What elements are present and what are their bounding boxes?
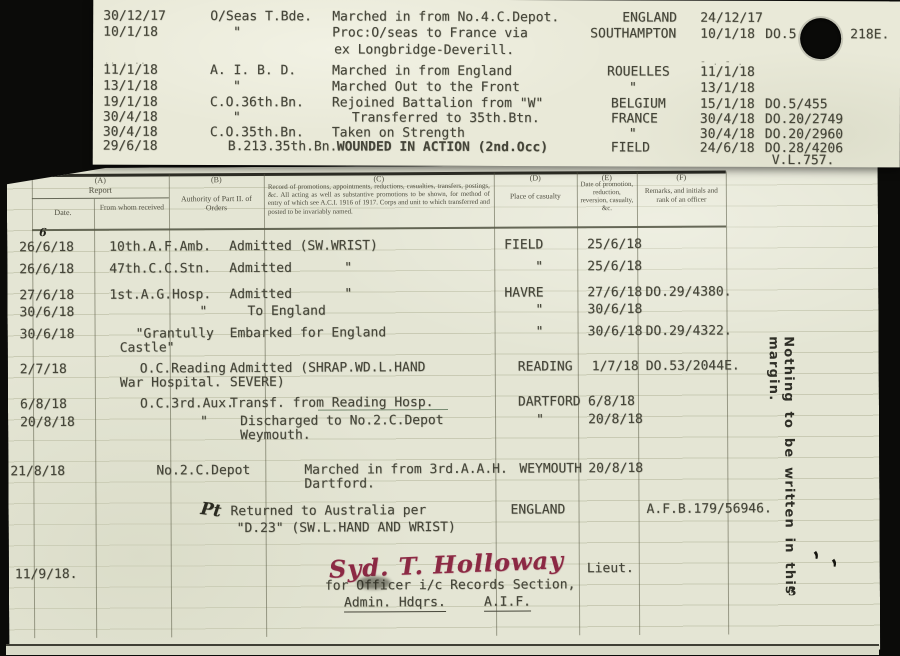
event-date: 30/4/18 bbox=[700, 127, 755, 142]
col-f-title: Remarks, and initials and rank of an off… bbox=[640, 187, 723, 204]
overlapping-record-slip: 30/12/17 O/Seas T.Bde. Marched in from N… bbox=[93, 0, 900, 167]
table-row: 2/7/18 O.C.Reading War Hospital. Admitte… bbox=[8, 358, 879, 363]
place-of-casualty: READING bbox=[518, 359, 573, 374]
record-entry: Admitted bbox=[229, 287, 292, 302]
event-date: 25/6/18 bbox=[587, 259, 642, 274]
event-date: 24/6/18 bbox=[700, 141, 755, 156]
event-date: 27/6/18 bbox=[587, 285, 642, 300]
report-date: 20/8/18 bbox=[20, 415, 75, 430]
from-whom: 47th.C.C.Stn. bbox=[109, 261, 211, 277]
col-f-label: (F) bbox=[637, 173, 726, 182]
event-date: 24/12/17 bbox=[700, 11, 763, 26]
report-date: 26/6/18 bbox=[19, 240, 74, 255]
record-entry-cont: ex Longbridge-Deverill. bbox=[334, 42, 514, 58]
remarks: DO.29/4380. bbox=[645, 284, 731, 299]
record-entry: Discharged to No.2.C.Depot bbox=[240, 413, 444, 429]
table-row: 26/6/18 47th.C.C.Stn. Admitted " " 25/6/… bbox=[7, 258, 878, 263]
report-subheader-line bbox=[32, 197, 169, 199]
from-whom: O.C.3rd.Aux. bbox=[140, 396, 234, 411]
event-date: 11/1/18 bbox=[700, 65, 755, 80]
event-date: 1/7/18 bbox=[592, 359, 639, 374]
record-entry: Marched Out to the Front bbox=[332, 79, 520, 95]
from-whom-ditto: " bbox=[233, 79, 241, 94]
from-whom: C.O.36th.Bn. bbox=[210, 95, 304, 110]
place: FRANCE bbox=[611, 111, 658, 126]
remarks: DO.29/4322. bbox=[646, 323, 732, 338]
from-whom: 1st.A.G.Hosp. bbox=[109, 287, 211, 303]
col-a-date-label: Date. bbox=[32, 208, 94, 217]
report-date: 11/1/18 bbox=[103, 63, 158, 78]
record-entry: To England bbox=[247, 304, 325, 319]
slip-row: 11/1/18 A. I. B. D. Marched in from Engl… bbox=[93, 63, 900, 66]
from-whom: No.2.C.Depot bbox=[156, 463, 250, 478]
report-date: 10/1/18 bbox=[103, 25, 158, 40]
green-ink-underline bbox=[318, 409, 448, 411]
col-a-title: Report bbox=[32, 184, 169, 195]
from-whom-ditto: " bbox=[233, 25, 241, 40]
slip-row: ex Longbridge-Deverill. bbox=[93, 42, 900, 45]
event-date: 30/4/18 bbox=[700, 112, 755, 127]
scanned-service-record: (A) Report Date. From whom received (B) … bbox=[0, 0, 900, 656]
place-of-casualty: " bbox=[536, 324, 544, 339]
record-entry-line2: SEVERE) bbox=[230, 375, 285, 390]
record-entry: Admitted (SW.WRIST) bbox=[229, 238, 378, 254]
place-of-casualty: " bbox=[536, 412, 544, 427]
table-right-line bbox=[726, 172, 729, 635]
place-of-casualty: " bbox=[535, 302, 543, 317]
slip-row: 19/1/18 C.O.36th.Bn. Rejoined Battalion … bbox=[93, 95, 900, 98]
handwritten-correction: 6 bbox=[39, 226, 47, 239]
signoff-unit-hq: Admin. Hdqrs. bbox=[344, 595, 446, 613]
from-whom: A. I. B. D. bbox=[210, 63, 296, 78]
report-date: 29/6/18 bbox=[103, 139, 158, 154]
place-of-casualty: " bbox=[535, 259, 543, 274]
place-of-casualty: FIELD bbox=[504, 237, 543, 252]
from-whom-ditto: " bbox=[233, 110, 241, 125]
from-whom-line2: War Hospital. bbox=[120, 375, 222, 391]
record-ditto: " bbox=[344, 286, 352, 301]
report-date: 13/1/18 bbox=[103, 79, 158, 94]
place-of-casualty: HAVRE bbox=[504, 285, 543, 300]
place: FIELD bbox=[611, 140, 650, 155]
record-entry: Rejoined Battalion from "W" bbox=[332, 95, 543, 111]
punch-hole bbox=[800, 18, 841, 59]
report-date: 21/8/18 bbox=[10, 464, 65, 479]
record-entry: Admitted (SHRAP.WD.L.HAND bbox=[230, 360, 426, 376]
record-entry: Returned to Australia per bbox=[230, 503, 426, 519]
col-a-from-label: From whom received bbox=[95, 203, 169, 212]
event-date: 20/8/18 bbox=[588, 461, 643, 476]
from-whom-line2: Castle" bbox=[120, 340, 175, 355]
report-date: 30/4/18 bbox=[103, 125, 158, 140]
record-entry: Admitted bbox=[229, 261, 292, 276]
col-e-title: Date of promotion, reduction, reversion,… bbox=[579, 181, 635, 213]
col-d-label: (D) bbox=[494, 173, 577, 182]
casualty-form-sheet: (A) Report Date. From whom received (B) … bbox=[7, 164, 881, 655]
record-entry: Transferred to 35th.Btn. bbox=[352, 110, 540, 126]
col-c-title: Record of promotions, appointments, redu… bbox=[268, 183, 490, 217]
report-date: 30/4/18 bbox=[103, 110, 158, 125]
place-ditto: " bbox=[629, 126, 637, 141]
event-date: 30/6/18 bbox=[587, 302, 642, 317]
signoff-force: A.I.F. bbox=[484, 595, 531, 610]
event-date: 15/1/18 bbox=[700, 97, 755, 112]
place-ditto: " bbox=[629, 80, 637, 95]
place-of-casualty: ENGLAND bbox=[510, 502, 565, 517]
record-entry-line2: Weymouth. bbox=[240, 428, 311, 443]
record-entry-line2: "D.23" (SW.L.HAND AND WRIST) bbox=[237, 520, 456, 536]
from-whom: B.213.35th.Bn. bbox=[228, 139, 338, 154]
from-whom: "Grantully bbox=[136, 326, 214, 341]
event-date: 13/1/18 bbox=[700, 81, 755, 96]
col-line-date bbox=[94, 199, 97, 638]
event-date: 30/6/18 bbox=[588, 324, 643, 339]
table-row: 26/6/18 10th.A.F.Amb. Admitted (SW.WRIST… bbox=[7, 236, 878, 241]
signoff-unit: Admin. Hdqrs. bbox=[344, 595, 446, 611]
ink-mark-three: 3 bbox=[788, 584, 796, 598]
remarks: DO.53/2044E. bbox=[646, 358, 740, 373]
remarks: DO.5/455 bbox=[765, 97, 828, 112]
event-date: 6/8/18 bbox=[588, 394, 635, 409]
next-page-edge bbox=[6, 644, 879, 655]
place: ENGLAND bbox=[622, 10, 677, 25]
record-entry: WOUNDED IN ACTION (2nd.Occ) bbox=[337, 139, 548, 155]
col-b-label: (B) bbox=[169, 175, 264, 184]
report-date: 19/1/18 bbox=[103, 95, 158, 110]
record-entry: Proc:O/seas to France via bbox=[332, 25, 528, 41]
remarks-suffix: 218E. bbox=[850, 27, 889, 42]
signoff-date: 11/9/18. bbox=[15, 567, 78, 582]
table-row: 30/6/18 "Grantully Castle" Embarked for … bbox=[8, 323, 879, 328]
record-entry: Marched in from No.4.C.Depot. bbox=[332, 9, 559, 25]
handwritten-pt-mark: Pt bbox=[199, 499, 222, 522]
record-entry-line2: Dartford. bbox=[304, 476, 375, 491]
from-whom: 10th.A.F.Amb. bbox=[109, 239, 211, 255]
remarks: V.L.757. bbox=[772, 153, 835, 168]
place-of-casualty: DARTFORD bbox=[518, 394, 581, 409]
report-date: 27/6/18 bbox=[19, 288, 74, 303]
report-date: 26/6/18 bbox=[19, 262, 74, 277]
remarks: A.F.B.179/56946. bbox=[646, 501, 771, 517]
slip-row: 10/1/18 " Proc:O/seas to France via SOUT… bbox=[93, 25, 900, 28]
col-d-title: Place of casualty bbox=[499, 192, 572, 201]
report-date: 2/7/18 bbox=[20, 362, 67, 377]
record-ditto: " bbox=[344, 260, 352, 275]
remarks: DO.5 bbox=[765, 27, 796, 42]
from-whom: O/Seas T.Bde. bbox=[210, 9, 312, 24]
place: BELGIUM bbox=[611, 96, 666, 111]
record-entry: Embarked for England bbox=[230, 325, 387, 341]
place: ROUELLES bbox=[607, 64, 670, 79]
remarks: DO.20/2960 bbox=[765, 127, 843, 142]
from-whom-ditto: " bbox=[200, 414, 208, 429]
place: SOUTHAMPTON bbox=[590, 26, 676, 41]
record-entry: Marched in from England bbox=[332, 63, 512, 79]
table-row: 27/6/18 1st.A.G.Hosp. Admitted " HAVRE 2… bbox=[7, 284, 878, 289]
report-date: 30/6/18 bbox=[20, 327, 75, 342]
col-b-title: Authority of Part II. of Orders bbox=[174, 194, 259, 212]
place-of-casualty: WEYMOUTH bbox=[519, 461, 582, 476]
event-date: 10/1/18 bbox=[700, 27, 755, 42]
report-date: 30/12/17 bbox=[103, 9, 166, 24]
header-bottom-line bbox=[32, 226, 726, 232]
remarks: DO.20/2749 bbox=[765, 112, 843, 127]
table-row: Pt Returned to Australia per "D.23" (SW.… bbox=[8, 501, 879, 506]
slip-row: 13/1/18 " Marched Out to the Front " 13/… bbox=[93, 79, 900, 82]
signoff-unit-aif: A.I.F. bbox=[484, 595, 531, 612]
record-entry: Marched in from 3rd.A.A.H. bbox=[304, 462, 508, 478]
event-date: 25/6/18 bbox=[587, 237, 642, 252]
event-date: 20/8/18 bbox=[588, 412, 643, 427]
from-whom-ditto: " bbox=[199, 304, 207, 319]
table-row: 6/8/18 O.C.3rd.Aux. Transf. from Reading… bbox=[8, 393, 879, 398]
table-row: 21/8/18 No.2.C.Depot Marched in from 3rd… bbox=[8, 460, 879, 465]
report-date: 30/6/18 bbox=[19, 305, 74, 320]
report-date: 6/8/18 bbox=[20, 397, 67, 412]
signoff-rank: Lieut. bbox=[587, 561, 634, 576]
table-row: 20/8/18 " Discharged to No.2.C.Depot Wey… bbox=[8, 411, 879, 416]
margin-instruction: Nothing to be written in this margin. bbox=[766, 336, 798, 626]
from-whom: C.O.35th.Bn. bbox=[210, 125, 304, 140]
slip-row: 30/12/17 O/Seas T.Bde. Marched in from N… bbox=[93, 9, 900, 12]
